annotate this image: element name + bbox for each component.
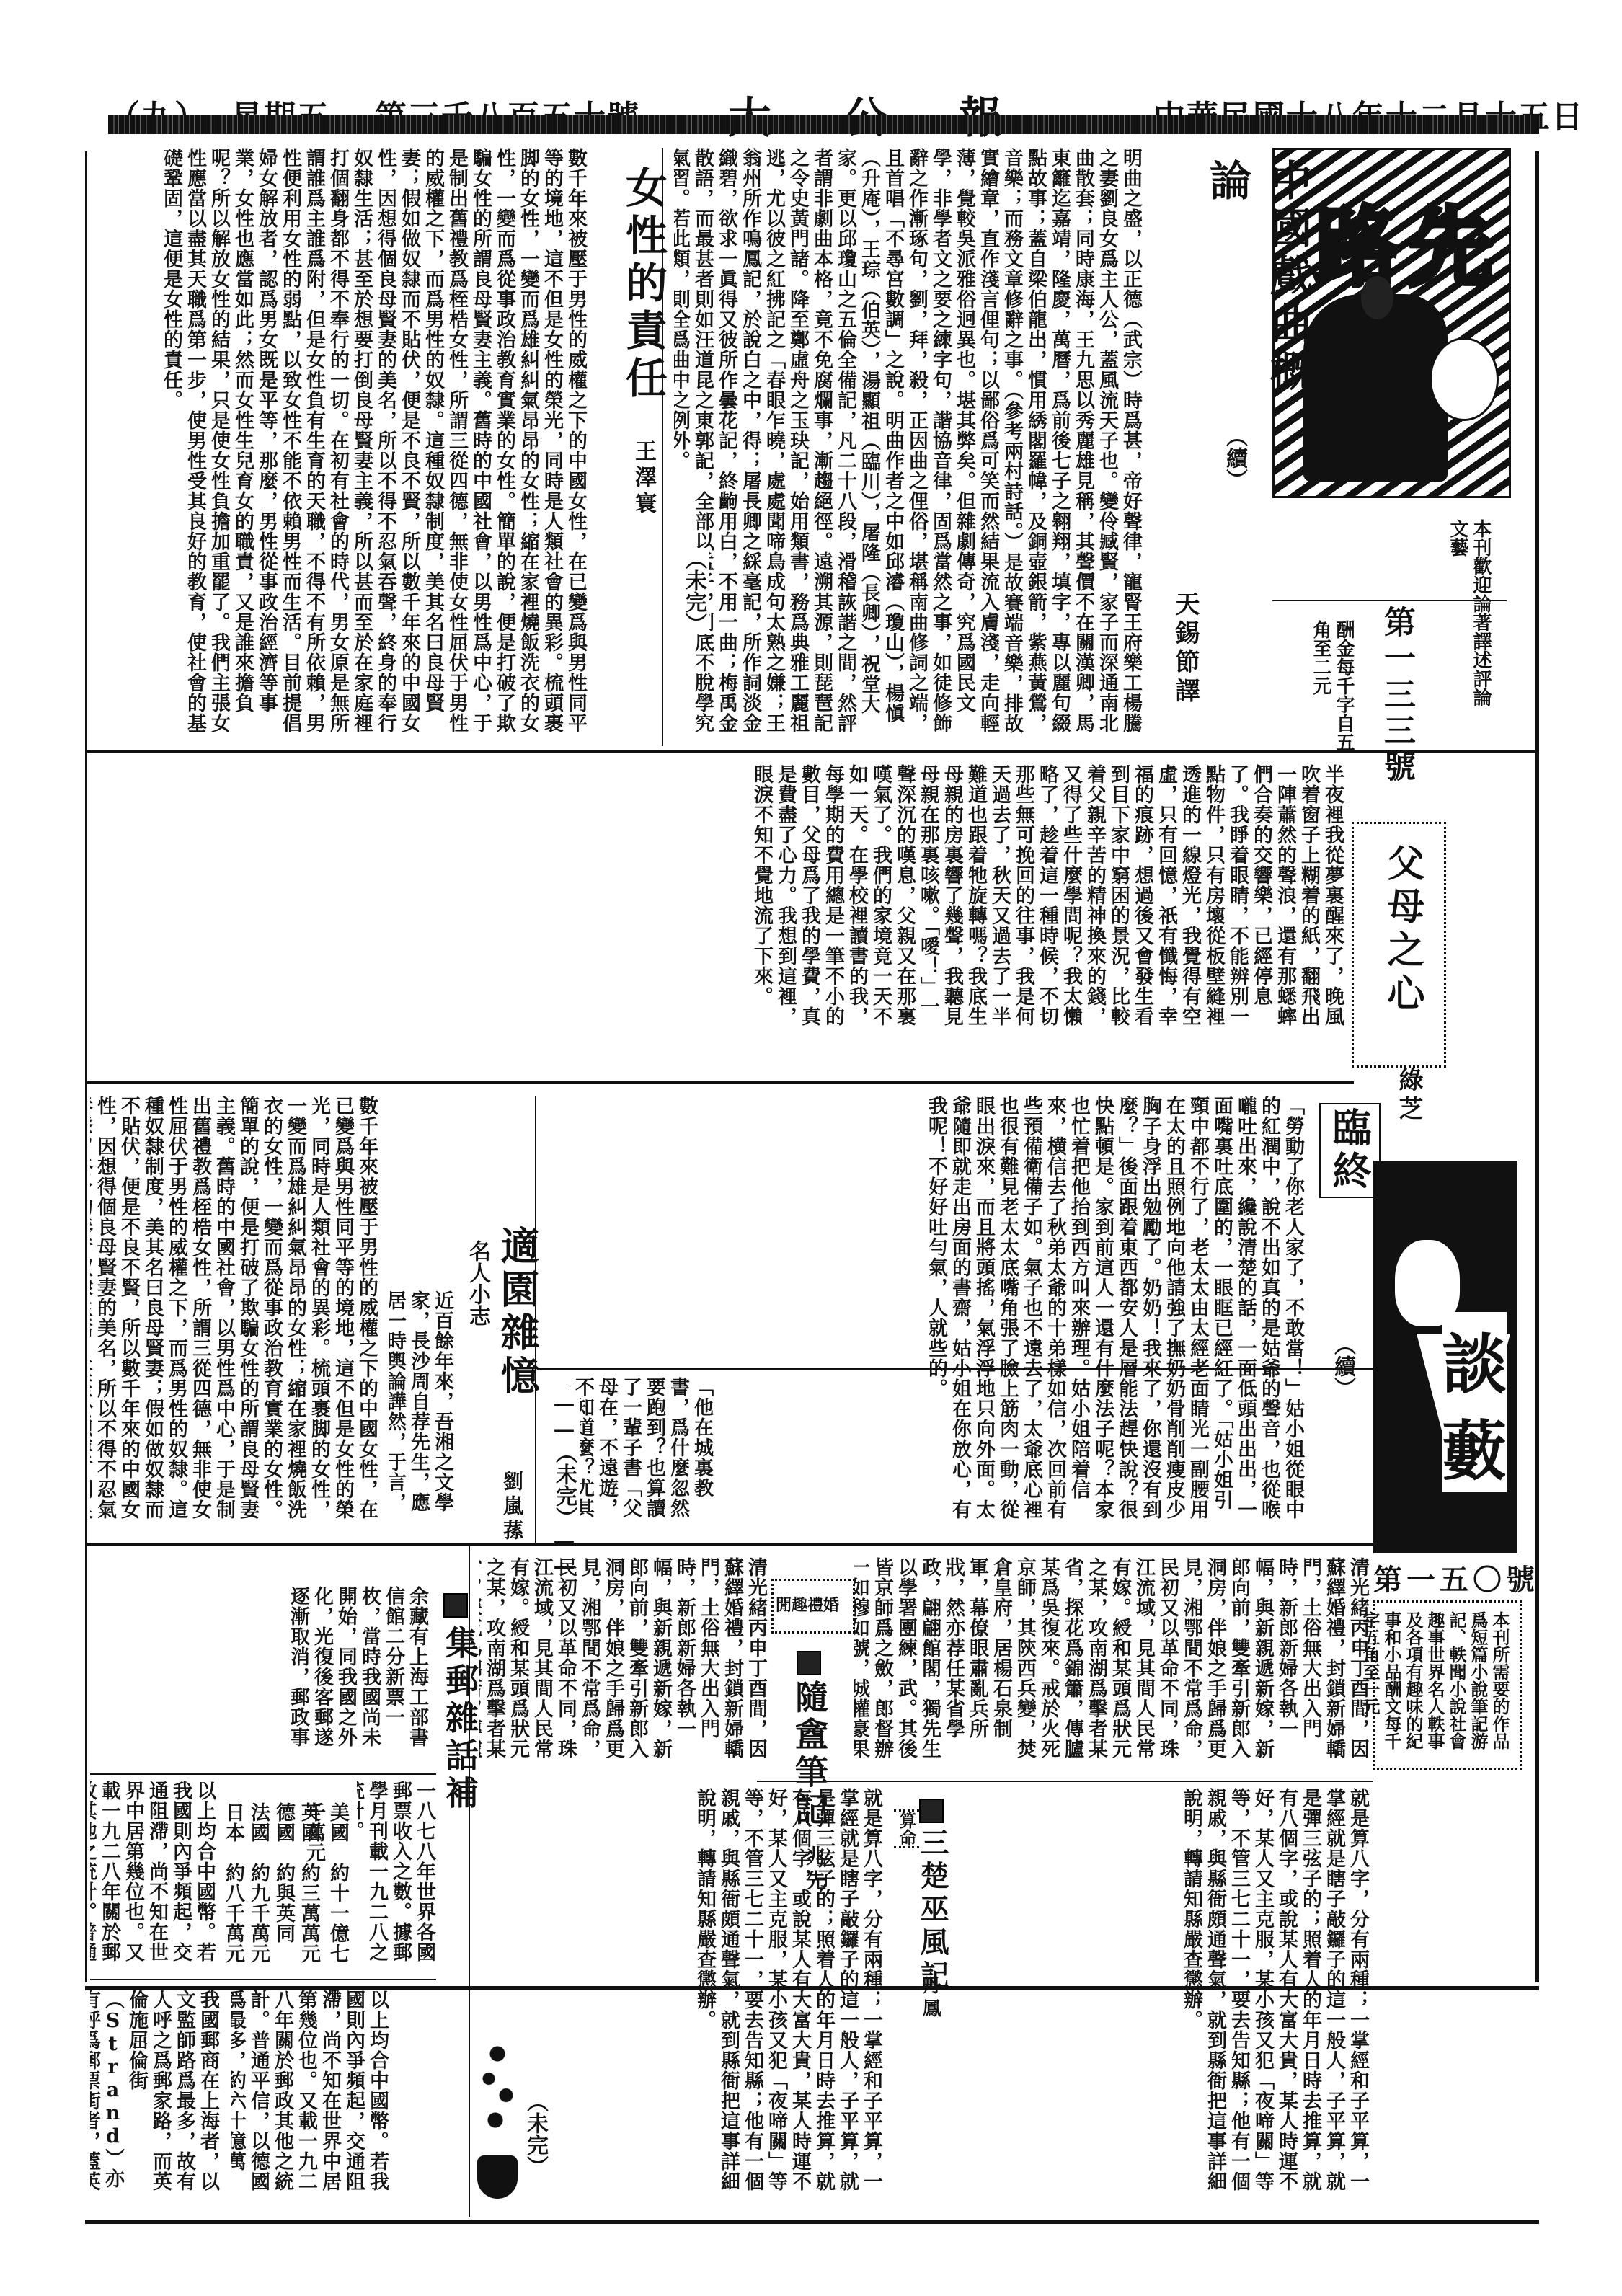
horseman-illustration (1303, 294, 1448, 482)
linzhong-continued-tag: （續） (1326, 1334, 1358, 1399)
stats-country: 法國 (247, 1802, 270, 1843)
stats-country: 日本 (222, 1802, 244, 1843)
drama-article-body: 明曲之盛，以正德（武宗）時爲甚，帝好聲律，寵腎王府樂工楊騰之妻劉良女爲主人公，蓋… (674, 148, 1143, 746)
stats-bottom-rule (90, 1979, 436, 1980)
header-rule (108, 115, 1539, 134)
women-author: 王澤寰 (627, 440, 659, 518)
drama-article-headline: 中國戲曲概論 (1197, 159, 1318, 418)
shiyuan-subhead: 名人小志 (461, 1240, 493, 1326)
postal-stats-table: 一八七八年世界各國郵票收入之數。據郵學月刊載一九二八之統計。 美國 約十一億七千… (90, 1781, 436, 1975)
page-frame-left (85, 151, 87, 1982)
xianlu-issue-number: 第一三三號 (1373, 606, 1419, 786)
stats-country: 英國 (298, 1802, 320, 1843)
stats-row-jp: 日本 約八千萬元 (221, 1802, 245, 1975)
xianlu-info-rule (1272, 600, 1507, 601)
parents-article-body: 半夜裡我從夢裏醒來了，晚風吹着窗子上糊着的紙，翻飛出一陣蕭然的聲浪，還有那蟋蟀們… (90, 764, 1344, 1031)
women-article-body: 數千年來被壓于男性的威權之下的中國女性，在已變爲與男性同平等的境地，這不但是女性… (90, 148, 588, 746)
youzheng-stats-continued: 以上均合中國幣。若我國則內爭頻起，交通阻滯，尚不知在世界中居第幾位也。又載一九二… (231, 1990, 389, 2206)
sanchu-status: （未完） (519, 2091, 551, 2177)
suian-subhead: 閒趣禮婚 (776, 1593, 839, 1615)
linzhong-dialogue: 「他在城裏教書，爲什麼忽然要跑到？也算讀了一輩子書「父母在，不遠遊，不知道麼？尤… (570, 1377, 714, 1535)
shiyuan-body: 近百餘年來，吾湘之文學家，長沙周自荐先生，應居一時輿論譁然，于言，羣相掊擊。是時… (389, 1290, 454, 1528)
stats-outro: 以上均合中國幣。若我國則內爭頻起，交通阻滯，尚不知在世界中居第幾位也。又載一九二… (90, 1781, 216, 1968)
youzheng-closing: 我國郵商在上海者，以文監師路爲最多，故有人呼之爲郵家路，而英倫施屈倫街（Stra… (90, 1990, 220, 2206)
stats-amount: 約八千萬元 (222, 1863, 244, 1964)
stats-row-de: 德國 約與英同 (272, 1802, 296, 1975)
masthead-char-tan: 談 (1442, 1312, 1507, 1406)
masthead-char-sou: 藪 (1442, 1399, 1507, 1492)
youzheng-headline: 集郵雜話補 (436, 1626, 484, 1813)
suian-body: 清光緒丙申丁酉間，因蘇繹婚禮，封鎖新婦轎門，土俗無大出入門時，新郎新婦各執一幅，… (479, 1557, 768, 1773)
drama-status: （未完） (678, 548, 709, 634)
paper-title: 大 公 報 (728, 84, 1016, 146)
youzheng-body: 余藏有上海工部書信館二分新票一枚，當時我國尚未開始，同我國之外化，光復後客郵遂逐… (288, 1586, 429, 1766)
tansou-notice: 本刊所需要的作品爲短篇小說筆記游記、軼聞小說社會趣事世界名人軼事及各項有趣味的紀… (1381, 1611, 1510, 1763)
tansou-issue-number: 第一五〇號 (1373, 1557, 1539, 1598)
sanchu-body-right: 就是算八字，分有兩種；一掌經和子平算，一掌經就是瞎子敲鑼子的這一般人，子平算，就… (952, 1788, 1370, 2206)
women-article-headline: 女性的責任 (613, 166, 673, 404)
stats-amount: 約九千萬元 (247, 1863, 270, 1964)
suian-tag-square (797, 1651, 821, 1678)
sanchu-headline: 三楚巫風記 (912, 1827, 953, 1993)
stats-row-fr: 法國 約九千萬元 (247, 1802, 270, 1975)
masthead-char-xian: 先 (1408, 179, 1494, 303)
page-frame-right (1535, 151, 1539, 1982)
section-rule-2 (85, 1081, 1354, 1084)
linzhong-headline: 臨終 (1319, 1103, 1381, 1198)
stats-country: 美國 (327, 1802, 349, 1843)
youzheng-tag-square (443, 1593, 468, 1621)
section-rule-3 (537, 1368, 1373, 1370)
parents-article-headline: 父母之心 (1375, 843, 1430, 1016)
drama-continued-tag: （續） (1218, 425, 1250, 490)
section-rule-4 (85, 1543, 1375, 1546)
stats-amount: 約三萬萬元 (298, 1863, 320, 1964)
suian-body-continued: 清光緒丙申丁酉間，因蘇繹婚禮，封鎖新婦轎門，土俗無大出入門時，新郎新婦各執一幅，… (854, 1557, 1370, 1773)
stats-country: 德國 (272, 1802, 295, 1843)
column-divider-3 (469, 1546, 470, 2217)
page-bottom-rule (85, 2220, 1539, 2224)
sanchu-subhead: 算命 (894, 1809, 919, 1848)
shiyuan-headline: 適園雜憶 (490, 1225, 546, 1399)
drama-author: 天錫節譯 (1168, 591, 1203, 706)
stats-top-rule (90, 1773, 436, 1775)
sanchu-tag-square (919, 1799, 944, 1826)
section-rule-1 (85, 750, 1535, 753)
shiyuan-author: 劉嵐蓀 (497, 1471, 526, 1544)
cloud-shape (1430, 337, 1499, 421)
parents-author: 綠芝 (1391, 1067, 1427, 1125)
stats-intro: 一八七八年世界各國郵票收入之數。據郵學月刊載一九二八之統計。 (357, 1781, 436, 1968)
section-rule-5 (757, 1781, 1373, 1782)
xianlu-notice: 本刊歡迎論著譯述評論文藝 (1435, 519, 1492, 706)
women-article-tail (1445, 764, 1525, 1125)
vase-ornament-icon (477, 2155, 518, 2199)
linzhong-status: ——（未完）—— (548, 1391, 580, 1579)
tansou-masthead-woodcut: 談 藪 (1373, 1161, 1517, 1553)
xianlu-fee-note: 酬金每千字自五角至二元 (1298, 620, 1355, 764)
rider-head (1361, 276, 1393, 319)
square-bullet-icon (443, 1593, 468, 1618)
stats-amount: 約與英同 (272, 1863, 295, 1943)
sanchu-author: 丹鳳 (917, 1975, 944, 2021)
flower-ornament-icon (476, 2004, 519, 2170)
square-bullet-icon (797, 1651, 821, 1675)
left-column-text: 數千年來被壓于男性的威權之下的中國女性，在已變爲與男性同平等的境地，這不但是女性… (90, 1096, 378, 1535)
square-bullet-icon (919, 1799, 944, 1823)
stats-row-uk: 英國 約三萬萬元 (297, 1802, 321, 1975)
